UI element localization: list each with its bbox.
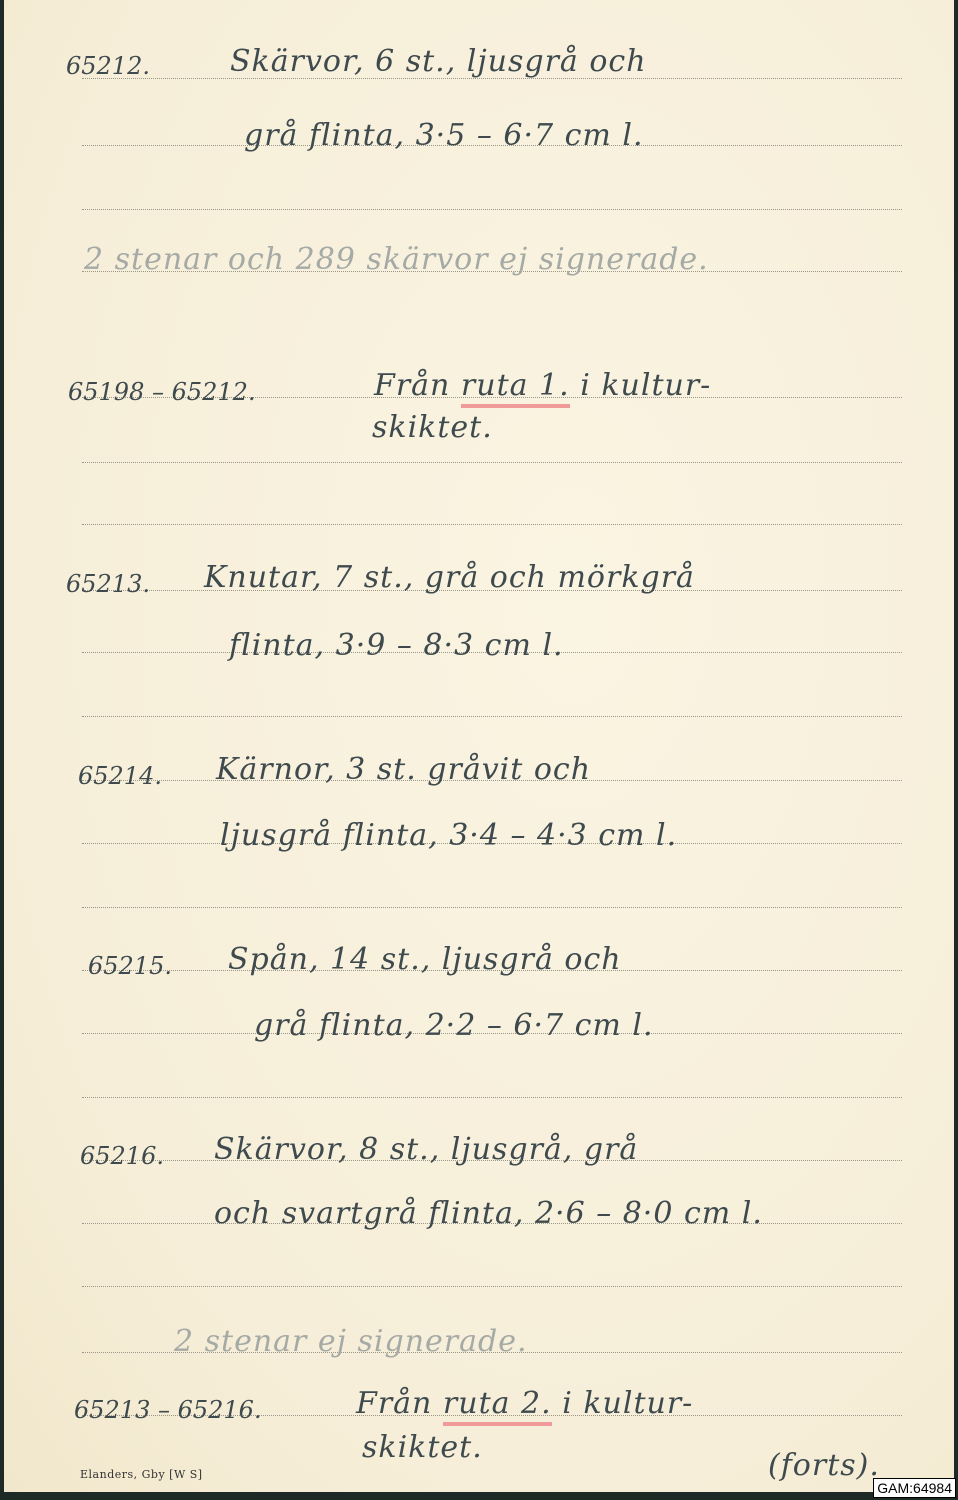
red-underlined-square: ruta 1. bbox=[461, 368, 570, 408]
catalog-number: 65216. bbox=[80, 1142, 164, 1170]
entry-text-line2: och svartgrå flinta, 2·6 – 8·0 cm l. bbox=[214, 1196, 763, 1231]
entry-text-line1: Skärvor, 6 st., ljusgrå och bbox=[230, 44, 647, 79]
ruled-line bbox=[82, 1286, 902, 1287]
printer-mark: Elanders, Gby [W S] bbox=[80, 1468, 203, 1481]
unsigned-note: 2 stenar ej signerade. bbox=[174, 1324, 528, 1359]
entry-text-line2: flinta, 3·9 – 8·3 cm l. bbox=[229, 628, 564, 663]
entry-text-line2: skiktet. bbox=[372, 410, 493, 445]
entry-text-line2: skiktet. bbox=[362, 1430, 483, 1465]
entry-text-line2: grå flinta, 2·2 – 6·7 cm l. bbox=[254, 1008, 654, 1043]
entry-suffix: i kultur- bbox=[580, 368, 711, 403]
continued-mark: (forts). bbox=[768, 1448, 880, 1483]
catalog-number: 65212. bbox=[66, 52, 150, 80]
entry-text-line2: ljusgrå flinta, 3·4 – 4·3 cm l. bbox=[220, 818, 677, 853]
ruled-line bbox=[82, 462, 902, 463]
catalog-range: 65198 – 65212. bbox=[68, 378, 256, 406]
catalog-number: 65214. bbox=[78, 762, 162, 790]
entry-text-line1: Spån, 14 st., ljusgrå och bbox=[228, 942, 622, 977]
entry-text-line1: Från ruta 2. i kultur- bbox=[356, 1386, 693, 1421]
entry-text-line1: Från ruta 1. i kultur- bbox=[374, 368, 711, 403]
entry-prefix: Från bbox=[356, 1386, 432, 1421]
ruled-line bbox=[82, 1097, 902, 1098]
unsigned-note: 2 stenar och 289 skärvor ej signerade. bbox=[84, 242, 709, 277]
catalog-card: 65212. Skärvor, 6 st., ljusgrå och grå f… bbox=[4, 0, 954, 1492]
entry-suffix: i kultur- bbox=[562, 1386, 693, 1421]
ruled-line bbox=[82, 524, 902, 525]
catalog-range: 65213 – 65216. bbox=[74, 1396, 262, 1424]
entry-text-line2: grå flinta, 3·5 – 6·7 cm l. bbox=[244, 118, 644, 153]
red-underlined-square: ruta 2. bbox=[443, 1386, 552, 1426]
archive-id-label: GAM:64984 bbox=[873, 1478, 956, 1498]
entry-text-line1: Kärnor, 3 st. gråvit och bbox=[216, 752, 591, 787]
ruled-line bbox=[82, 907, 902, 908]
entry-prefix: Från bbox=[374, 368, 450, 403]
catalog-number: 65213. bbox=[66, 570, 150, 598]
entry-text-line1: Knutar, 7 st., grå och mörkgrå bbox=[204, 560, 695, 595]
ruled-line bbox=[82, 209, 902, 210]
catalog-number: 65215. bbox=[88, 952, 172, 980]
ruled-line bbox=[82, 716, 902, 717]
entry-text-line1: Skärvor, 8 st., ljusgrå, grå bbox=[214, 1132, 638, 1167]
